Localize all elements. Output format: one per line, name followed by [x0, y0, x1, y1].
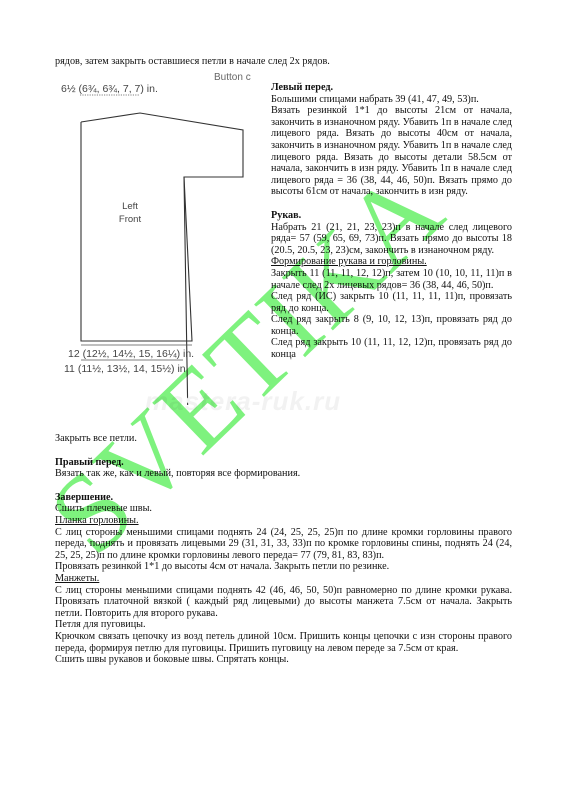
left-front-para-1: Большими спицами набрать 39 (41, 47, 49,… [271, 94, 512, 106]
sleeve-step-2: След ряд (ИС) закрыть 10 (11, 11, 11, 11… [271, 291, 512, 314]
sleeve-subheading: Формирование рукава и горловины. [271, 256, 512, 268]
sleeve-para: Набрать 21 (21, 21, 23, 23)п в начале сл… [271, 222, 512, 257]
neckband-text: С лиц стороны меньшими спицами поднять 2… [55, 527, 512, 562]
cuffs-text: С лиц стороны меньшими спицами поднять 4… [55, 585, 512, 620]
neck-width-label: 6½ (6¾, 6¾, 7, 7) in. [61, 83, 158, 95]
bottom-width-2-label: 11 (11½, 13½, 14, 15½) in. [64, 363, 189, 375]
right-front-para: Вязать так же, как и левый, повторяя все… [55, 468, 512, 480]
left-front-para-2: Вязать резинкой 1*1 до высоты 21см от на… [271, 105, 512, 198]
right-column: Левый перед. Большими спицами набрать 39… [271, 82, 512, 361]
left-front-schematic: 6½ (6¾, 6¾, 7, 7) in. Left Front 12 (12½… [50, 85, 270, 405]
piece-label-line1: Left [110, 200, 150, 213]
diagram-button-label: Button c [214, 73, 251, 80]
button-loop-text: Крючком связать цепочку из возд петель д… [55, 631, 512, 654]
intro-line: рядов, затем закрыть оставшиеся петли в … [55, 56, 525, 68]
piece-label-line2: Front [110, 213, 150, 226]
sleeve-heading: Рукав. [271, 210, 512, 222]
cuffs-heading: Манжеты. [55, 573, 512, 585]
finishing-heading: Завершение. [55, 492, 512, 504]
sleeve-step-3: След ряд закрыть 8 (9, 10, 12, 13)п, про… [271, 314, 512, 337]
piece-label: Left Front [110, 200, 150, 226]
final-line: Сшить швы рукавов и боковые швы. Спрятат… [55, 654, 512, 666]
button-loop-heading: Петля для пуговицы. [55, 619, 512, 631]
close-all-line: Закрыть все петли. [55, 433, 512, 445]
finishing-shoulder: Сшить плечевые швы. [55, 503, 512, 515]
left-front-heading: Левый перед. [271, 82, 512, 94]
sleeve-step-4: След ряд закрыть 10 (11, 11, 12, 12)п, п… [271, 337, 512, 360]
bottom-section: Закрыть все петли. Правый перед. Вязать … [55, 433, 512, 666]
sleeve-step-1: Закрыть 11 (11, 11, 12, 12)п, затем 10 (… [271, 268, 512, 291]
neckband-heading: Планка горловины. [55, 515, 512, 527]
bottom-width-1-label: 12 (12½, 14½, 15, 16¼) in. [68, 348, 194, 360]
right-front-heading: Правый перед. [55, 457, 512, 469]
neckband-rib: Провязать резинкой 1*1 до высоты 4см от … [55, 561, 512, 573]
document-page: рядов, затем закрыть оставшиеся петли в … [0, 0, 565, 800]
